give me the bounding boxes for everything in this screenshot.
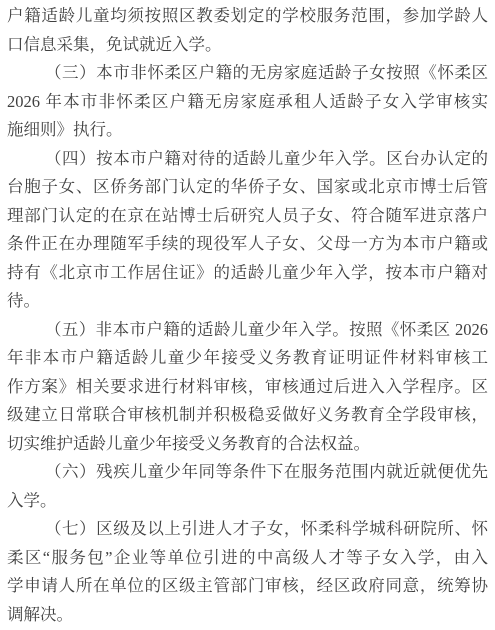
text-line: 施细则》执行。 (7, 116, 488, 145)
paragraph-item-3: （三）本市非怀柔区户籍的无房家庭适龄子女按照《怀柔区 2026 年本市非怀柔区户… (7, 59, 488, 145)
text-line: 级建立日常联合审核机制并积极稳妥做好义务教育全学段审核， (7, 401, 488, 430)
text-line: 口信息采集，免试就近入学。 (7, 31, 488, 60)
document-page: 户籍适龄儿童均须按照区教委划定的学校服务范围，参加学龄人 口信息采集，免试就近入… (0, 0, 495, 630)
text-line: （六）残疾儿童少年同等条件下在服务范围内就近就便优先 (7, 458, 488, 487)
text-line: 条件正在办理随军手续的现役军人子女、父母一方为本市户籍或 (7, 230, 488, 259)
text-line: 学申请人所在单位的区级主管部门审核，经区政府同意，统筹协 (7, 572, 488, 601)
text-line: 年非本市户籍适龄儿童少年接受义务教育证明证件材料审核工 (7, 344, 488, 373)
text-line: 柔区“服务包”企业等单位引进的中高级人才等子女入学，由入 (7, 544, 488, 573)
paragraph-item-5: （五）非本市户籍的适龄儿童少年入学。按照《怀柔区 2026 年非本市户籍适龄儿童… (7, 316, 488, 459)
paragraph-item-4: （四）按本市户籍对待的适龄儿童少年入学。区台办认定的 台胞子女、区侨务部门认定的… (7, 145, 488, 316)
paragraph-continuation: 户籍适龄儿童均须按照区教委划定的学校服务范围，参加学龄人 口信息采集，免试就近入… (7, 2, 488, 59)
text-line: 待。 (7, 287, 488, 316)
text-line: （七）区级及以上引进人才子女，怀柔科学城科研院所、怀 (7, 515, 488, 544)
text-line: （三）本市非怀柔区户籍的无房家庭适龄子女按照《怀柔区 (7, 59, 488, 88)
text-line: 作方案》相关要求进行材料审核，审核通过后进入入学程序。区 (7, 373, 488, 402)
paragraph-item-6: （六）残疾儿童少年同等条件下在服务范围内就近就便优先 入学。 (7, 458, 488, 515)
text-line: 户籍适龄儿童均须按照区教委划定的学校服务范围，参加学龄人 (7, 2, 488, 31)
paragraph-item-7: （七）区级及以上引进人才子女，怀柔科学城科研院所、怀 柔区“服务包”企业等单位引… (7, 515, 488, 629)
text-line: 入学。 (7, 487, 488, 516)
text-line: （五）非本市户籍的适龄儿童少年入学。按照《怀柔区 2026 (7, 316, 488, 345)
text-line: 理部门认定的在京在站博士后研究人员子女、符合随军进京落户 (7, 202, 488, 231)
text-line: 台胞子女、区侨务部门认定的华侨子女、国家或北京市博士后管 (7, 173, 488, 202)
text-line: 2026 年本市非怀柔区户籍无房家庭承租人适龄子女入学审核实 (7, 88, 488, 117)
text-line: （四）按本市户籍对待的适龄儿童少年入学。区台办认定的 (7, 145, 488, 174)
text-line: 持有《北京市工作居住证》的适龄儿童少年入学，按本市户籍对 (7, 259, 488, 288)
text-line: 切实维护适龄儿童少年接受义务教育的合法权益。 (7, 430, 488, 459)
text-line: 调解决。 (7, 601, 488, 630)
